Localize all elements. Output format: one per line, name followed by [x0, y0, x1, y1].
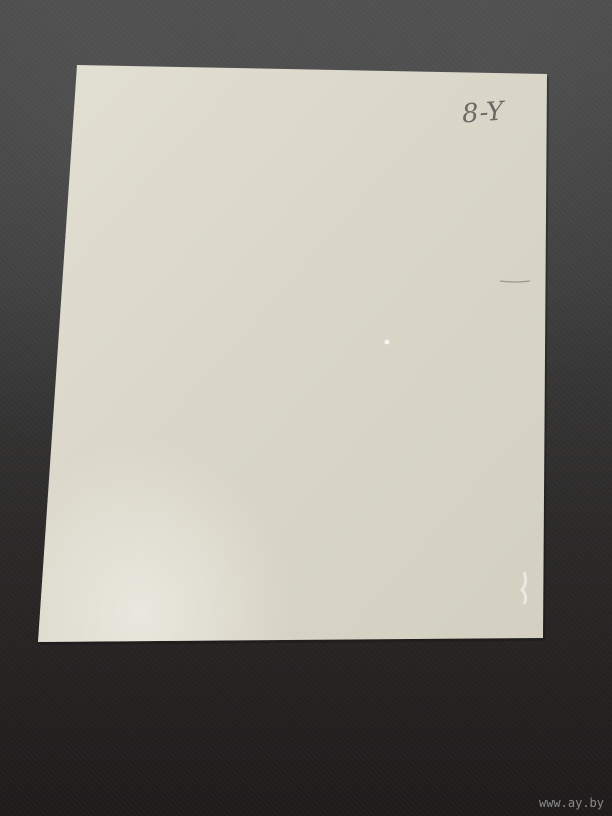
handwritten-note: 8-Y — [461, 97, 506, 130]
speck — [385, 340, 390, 345]
paper-sheet — [0, 0, 612, 816]
watermark: www.ay.by — [539, 796, 604, 810]
